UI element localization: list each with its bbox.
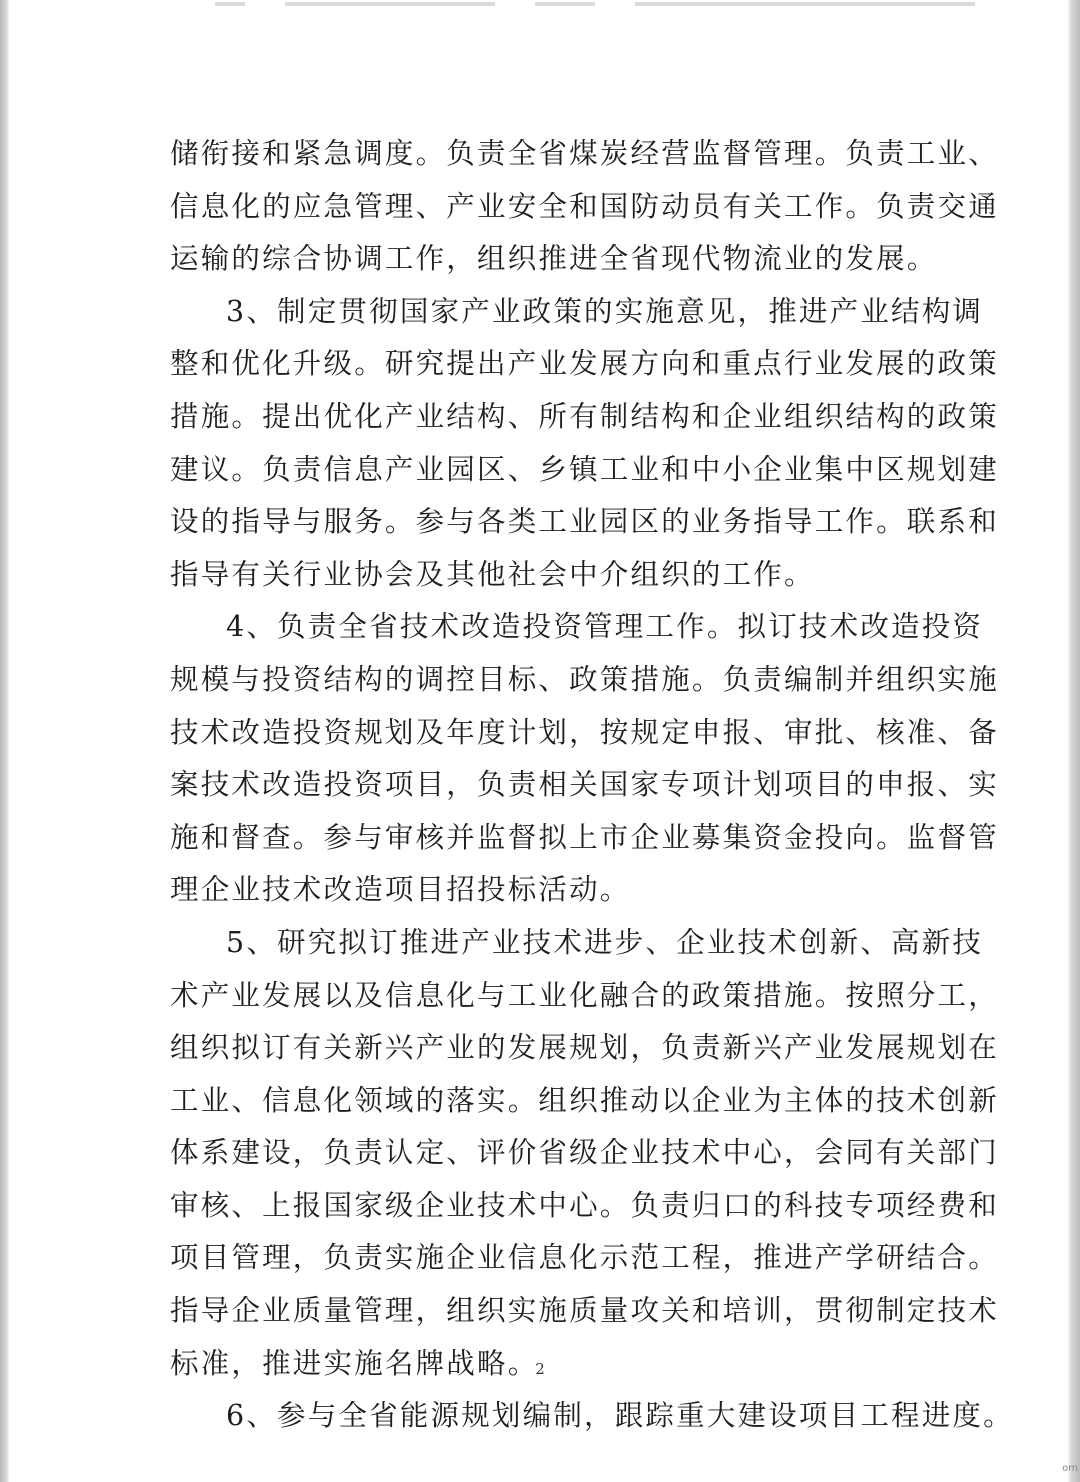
- text-line: 指导企业质量管理，组织实施质量攻关和培训，贯彻制定技术: [170, 1285, 918, 1338]
- text-line: 工业、信息化领域的落实。组织推动以企业为主体的技术创新: [170, 1075, 918, 1128]
- bleed-through-text: [215, 0, 1020, 10]
- scan-edge-right: [1068, 0, 1080, 1482]
- paragraph-5-start: 5、研究拟订推进产业技术进步、企业技术创新、高新技: [170, 917, 918, 970]
- paragraph-6-start: 6、参与全省能源规划编制，跟踪重大建设项目工程进度。: [170, 1390, 918, 1443]
- text-line: 整和优化升级。研究提出产业发展方向和重点行业发展的政策: [170, 338, 918, 391]
- text-line: 理企业技术改造项目招投标活动。: [170, 864, 918, 917]
- text-line: 体系建设，负责认定、评价省级企业技术中心，会同有关部门: [170, 1127, 918, 1180]
- text-line: 组织拟订有关新兴产业的发展规划，负责新兴产业发展规划在: [170, 1022, 918, 1075]
- scan-edge-left: [0, 0, 9, 1482]
- corner-watermark: om: [1062, 1463, 1078, 1474]
- paragraph-3-start: 3、制定贯彻国家产业政策的实施意见，推进产业结构调: [170, 286, 918, 339]
- text-line: 信息化的应急管理、产业安全和国防动员有关工作。负责交通: [170, 181, 918, 234]
- text-line: 运输的综合协调工作，组织推进全省现代物流业的发展。: [170, 233, 918, 286]
- text-line: 指导有关行业协会及其他社会中介组织的工作。: [170, 549, 918, 602]
- text-line: 规模与投资结构的调控目标、政策措施。负责编制并组织实施: [170, 654, 918, 707]
- text-line: 术产业发展以及信息化与工业化融合的政策措施。按照分工，: [170, 970, 918, 1023]
- text-line: 措施。提出优化产业结构、所有制结构和企业组织结构的政策: [170, 391, 918, 444]
- text-line: 设的指导与服务。参与各类工业园区的业务指导工作。联系和: [170, 496, 918, 549]
- document-body: 储衔接和紧急调度。负责全省煤炭经营监督管理。负责工业、 信息化的应急管理、产业安…: [170, 128, 918, 1443]
- page-number: 2: [0, 1360, 1080, 1378]
- text-line: 建议。负责信息产业园区、乡镇工业和中小企业集中区规划建: [170, 444, 918, 497]
- paragraph-4-start: 4、负责全省技术改造投资管理工作。拟订技术改造投资: [170, 601, 918, 654]
- text-line: 储衔接和紧急调度。负责全省煤炭经营监督管理。负责工业、: [170, 128, 918, 181]
- text-line: 施和督查。参与审核并监督拟上市企业募集资金投向。监督管: [170, 812, 918, 865]
- text-line: 技术改造投资规划及年度计划，按规定申报、审批、核准、备: [170, 707, 918, 760]
- text-line: 审核、上报国家级企业技术中心。负责归口的科技专项经费和: [170, 1180, 918, 1233]
- text-line: 案技术改造投资项目，负责相关国家专项计划项目的申报、实: [170, 759, 918, 812]
- text-line: 项目管理，负责实施企业信息化示范工程，推进产学研结合。: [170, 1232, 918, 1285]
